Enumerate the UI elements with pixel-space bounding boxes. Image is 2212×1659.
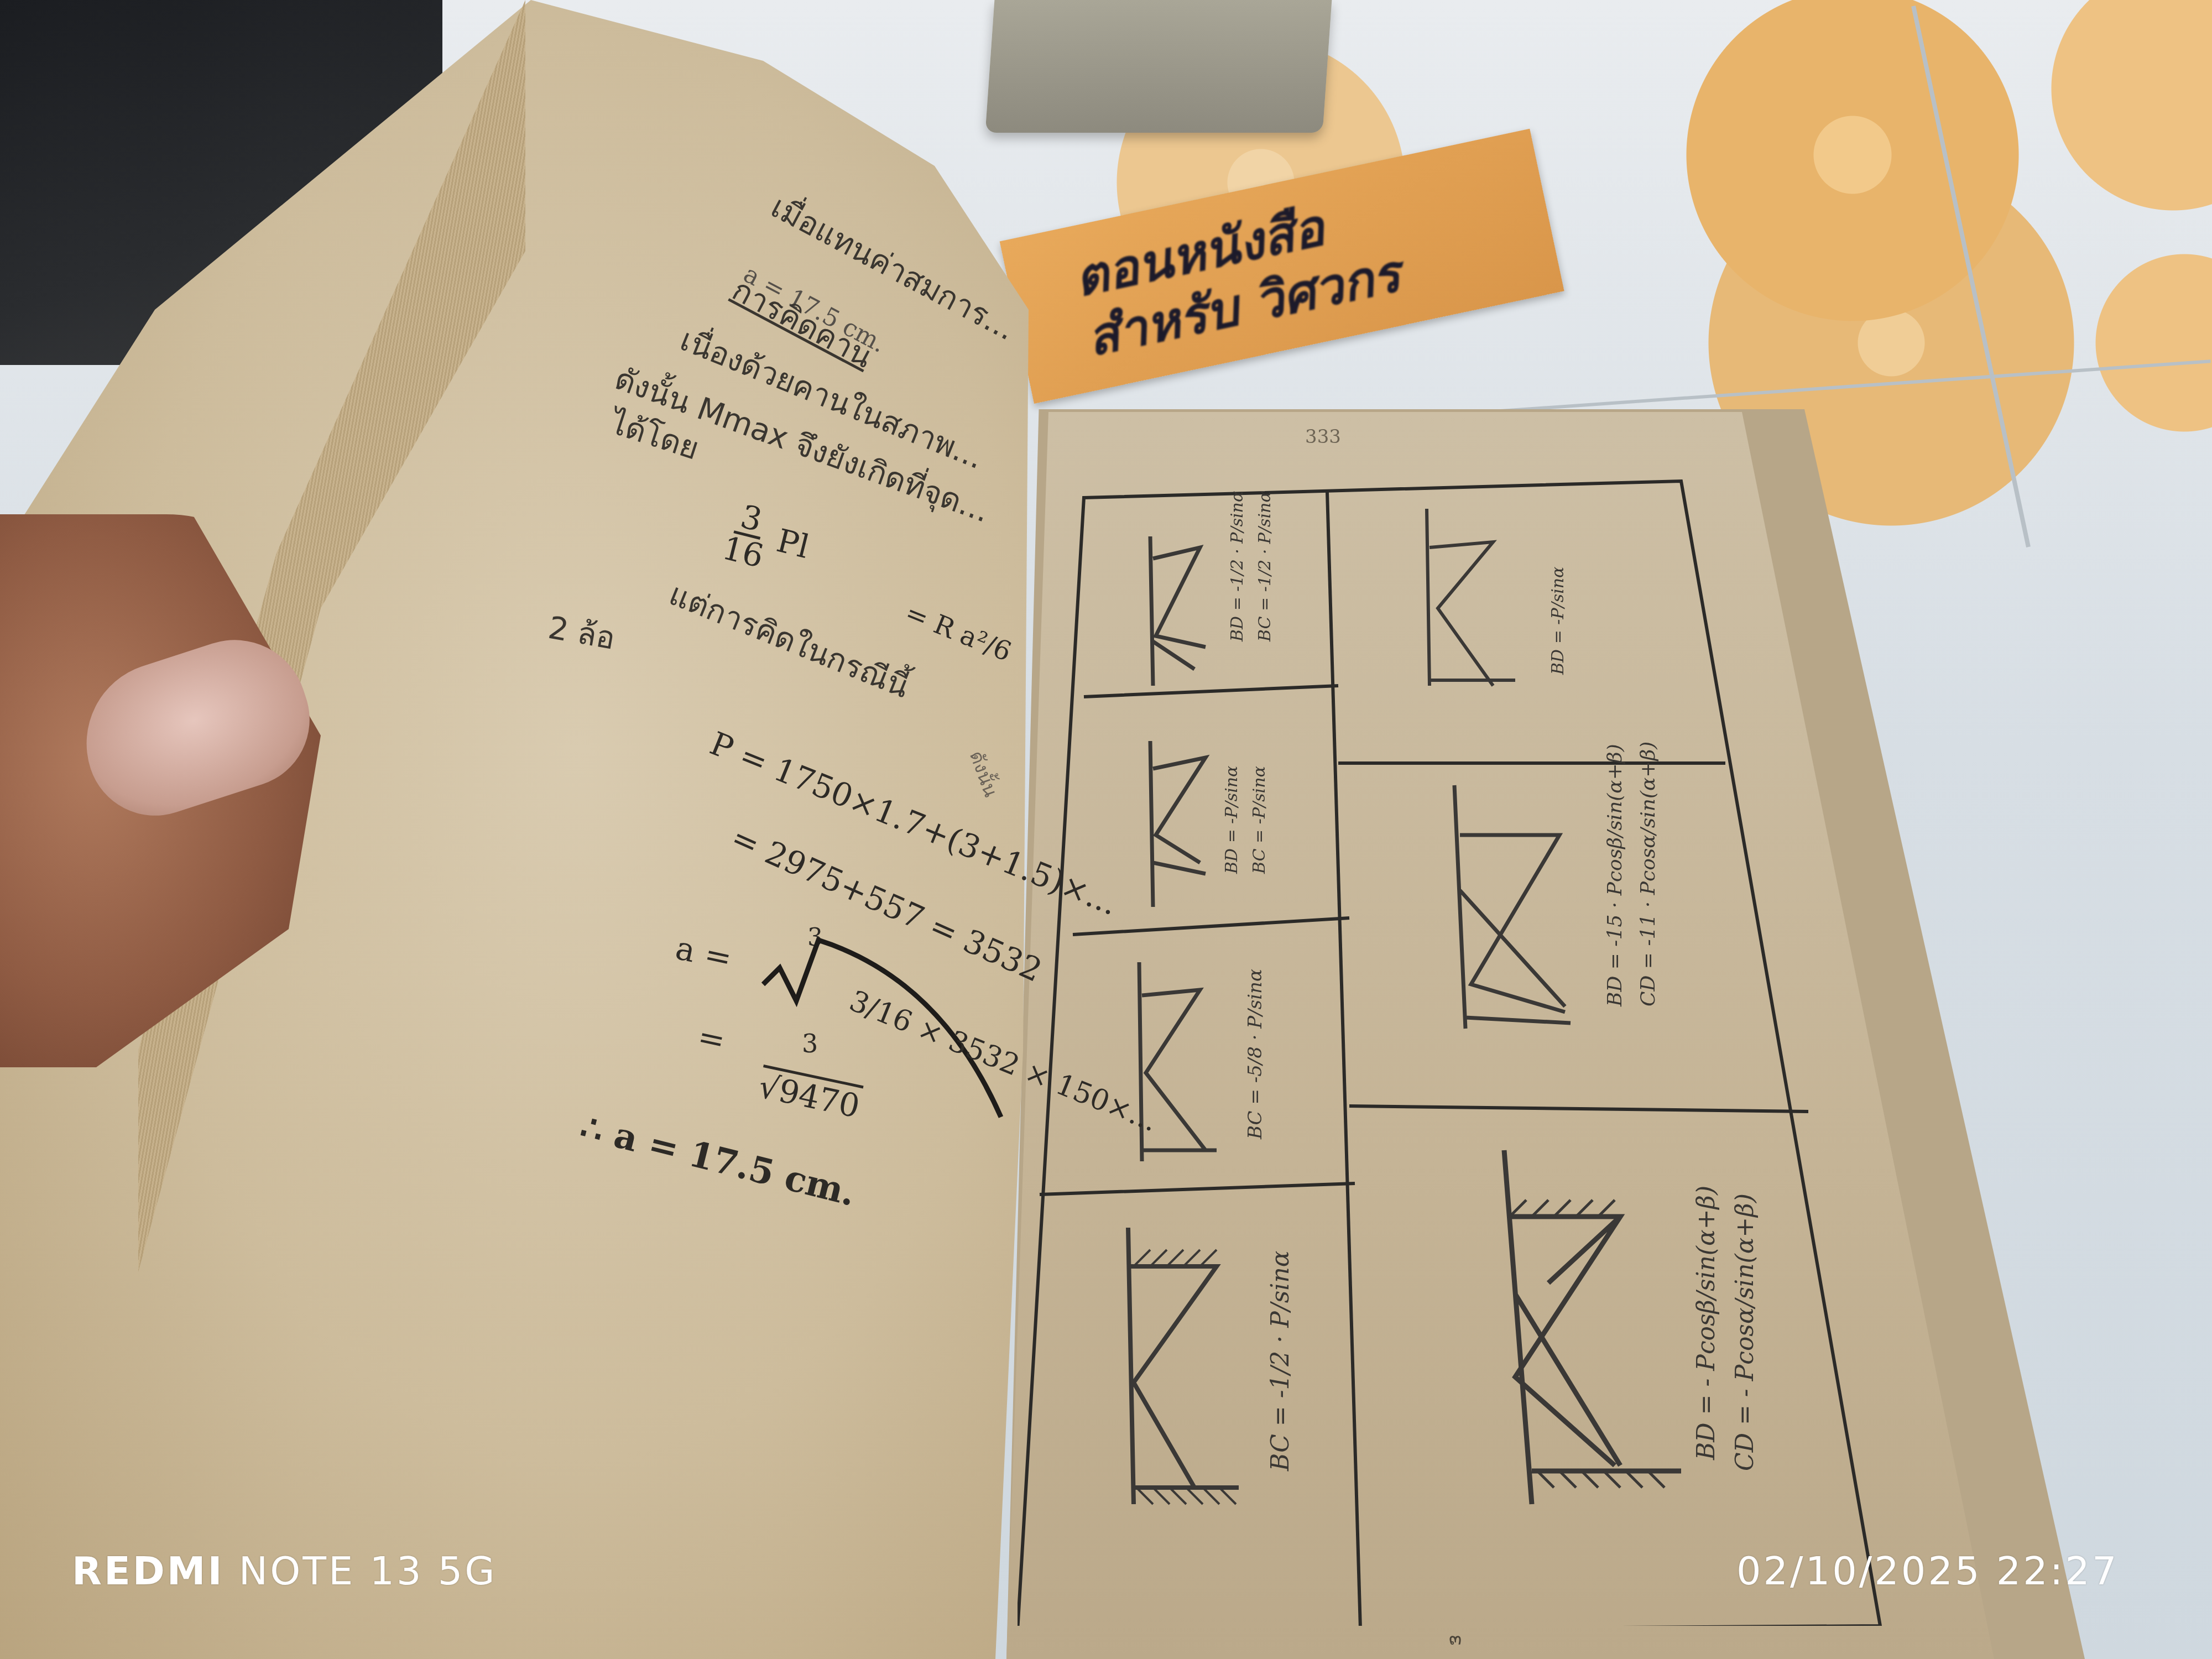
diagram-2-formula: BD = -P/sinα <box>1222 766 1241 874</box>
diagram-plate-frame: BD = -1/2 · P/sinα BC = -1/2 · P/sinα BD… <box>1018 476 1924 1626</box>
page-number-top: 333 <box>1305 426 1341 448</box>
truss-diagram-7 <box>1504 1150 1681 1504</box>
diagram-6-formula: BD = -15 · Pcosβ/sin(α+β) <box>1604 744 1626 1006</box>
truss-diagram-4 <box>1128 1228 1239 1504</box>
truss-diagram-5 <box>1427 509 1515 686</box>
diagram-6-formula-2: CD = -11 · Pcosα/sin(α+β) <box>1637 742 1660 1006</box>
diagram-5-formula: BD = -P/sinα <box>1548 567 1568 675</box>
truss-diagram-2 <box>1150 741 1206 907</box>
root-index-2: 3 <box>802 1029 818 1058</box>
diagram-2-formula-2: BC = -P/sinα <box>1250 766 1269 874</box>
page-number-bottom: ๓ <box>1449 1623 1462 1653</box>
camera-watermark-datetime: 02/10/2025 22:27 <box>1736 1548 2119 1594</box>
truss-diagram-6 <box>1454 785 1571 1029</box>
truss-diagram-1 <box>1150 536 1206 686</box>
diagram-plate-svg <box>1018 476 1924 1626</box>
diagram-4-formula: BC = -1/2 · P/sinα <box>1266 1251 1295 1471</box>
camera-watermark-brand: REDMI NOTE 13 5G <box>72 1548 497 1594</box>
diagram-7-formula-2: CD = - Pcosα/sin(α+β) <box>1731 1193 1759 1471</box>
diagram-3-formula: BC = -5/8 · P/sinα <box>1244 969 1266 1139</box>
diagram-7-formula: BD = - Pcosβ/sin(α+β) <box>1692 1186 1720 1460</box>
metal-box <box>985 0 1332 133</box>
diagram-1-formula: BD = -1/2 · P/sinα <box>1228 491 1247 641</box>
diagram-1-formula-2: BC = -1/2 · P/sinα <box>1255 491 1275 641</box>
